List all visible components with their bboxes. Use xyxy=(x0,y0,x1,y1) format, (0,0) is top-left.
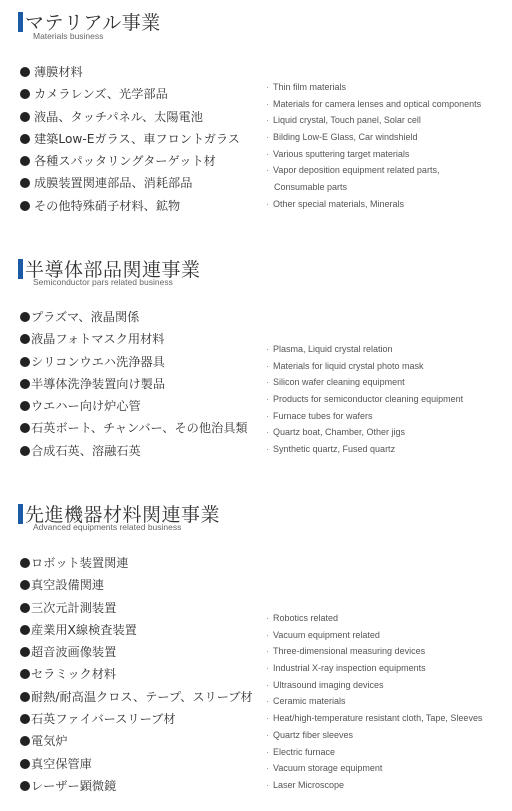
bullet-dot-icon xyxy=(20,401,30,411)
list-item: 建築Low-Eガラス、車フロントガラス xyxy=(20,128,240,150)
section-subtitle: Materials business xyxy=(33,31,103,41)
bullet-dot-icon xyxy=(20,156,30,166)
list-item: ·Heat/high-temperature resistant cloth, … xyxy=(266,710,482,727)
bullet-dot-icon xyxy=(20,89,30,99)
list-item-continuation: Consumable parts xyxy=(266,179,481,196)
list-item: ·Robotics related xyxy=(266,610,482,627)
list-item: 真空設備関連 xyxy=(20,574,253,596)
list-item: ·Plasma, Liquid crystal relation xyxy=(266,341,463,358)
bullet-dot-icon xyxy=(20,714,30,724)
bullet-dot-icon xyxy=(20,669,30,679)
list-item: ·Thin film materials xyxy=(266,79,481,96)
list-item: ·Liquid crystal, Touch panel, Solar cell xyxy=(266,112,481,129)
list-item: 半導体洗浄装置向け製品 xyxy=(20,373,248,395)
section-subtitle: Semiconductor pars related business xyxy=(33,277,173,287)
list-item: 液晶、タッチパネル、太陽電池 xyxy=(20,106,240,128)
list-item: ·Vacuum storage equipment xyxy=(266,760,482,777)
list-item: ·Bilding Low-E Glass, Car windshield xyxy=(266,129,481,146)
bullet-dot-icon xyxy=(20,446,30,456)
bullet-dot-icon xyxy=(20,558,30,568)
bullet-dot-icon xyxy=(20,736,30,746)
accent-bar xyxy=(18,504,23,524)
list-item: ·Furnace tubes for wafers xyxy=(266,408,463,425)
list-item: ウエハー向け炉心管 xyxy=(20,395,248,417)
list-item: ·Materials for camera lenses and optical… xyxy=(266,96,481,113)
list-item: ·Ceramic materials xyxy=(266,693,482,710)
list-item: シリコンウエハ洗浄器具 xyxy=(20,351,248,373)
list-item: ·Silicon wafer cleaning equipment xyxy=(266,374,463,391)
list-item: ·Electric furnace xyxy=(266,744,482,761)
list-item: ·Quartz boat, Chamber, Other jigs xyxy=(266,424,463,441)
list-item: ·Vapor deposition equipment related part… xyxy=(266,162,481,179)
bullet-dot-icon xyxy=(20,334,30,344)
list-item: 成膜装置関連部品、消耗部品 xyxy=(20,172,240,194)
bullet-dot-icon xyxy=(20,178,30,188)
list-item: 石英ボート、チャンバー、その他治具類 xyxy=(20,417,248,439)
list-item: 合成石英、溶融石英 xyxy=(20,440,248,462)
list-item: ·Other special materials, Minerals xyxy=(266,196,481,213)
list-item: 電気炉 xyxy=(20,730,253,752)
jp-item-list: ロボット装置関連 真空設備関連 三次元計測装置 産業用X線検査装置 超音波画像装… xyxy=(20,552,253,797)
bullet-dot-icon xyxy=(20,759,30,769)
bullet-dot-icon xyxy=(20,580,30,590)
bullet-dot-icon xyxy=(20,134,30,144)
list-item: 真空保管庫 xyxy=(20,753,253,775)
accent-bar xyxy=(18,259,23,279)
bullet-dot-icon xyxy=(20,423,30,433)
list-item: 薄膜材料 xyxy=(20,61,240,83)
en-item-list: ·Thin film materials ·Materials for came… xyxy=(266,79,481,213)
jp-item-list: 薄膜材料 カメラレンズ、光学部品 液晶、タッチパネル、太陽電池 建築Low-Eガ… xyxy=(20,61,240,217)
list-item: ·Industrial X-ray inspection equipments xyxy=(266,660,482,677)
list-item: ·Synthetic quartz, Fused quartz xyxy=(266,441,463,458)
list-item: 三次元計測装置 xyxy=(20,597,253,619)
bullet-dot-icon xyxy=(20,692,30,702)
list-item: ·Laser Microscope xyxy=(266,777,482,794)
bullet-dot-icon xyxy=(20,67,30,77)
bullet-dot-icon xyxy=(20,201,30,211)
bullet-dot-icon xyxy=(20,781,30,791)
list-item: セラミック材料 xyxy=(20,663,253,685)
list-item: カメラレンズ、光学部品 xyxy=(20,83,240,105)
list-item: 液晶フォトマスク用材料 xyxy=(20,328,248,350)
list-item: レーザー顕微鏡 xyxy=(20,775,253,797)
en-item-list: ·Plasma, Liquid crystal relation ·Materi… xyxy=(266,341,463,458)
en-item-list: ·Robotics related ·Vacuum equipment rela… xyxy=(266,610,482,794)
list-item: ·Three-dimensional measuring devices xyxy=(266,643,482,660)
list-item: ·Ultrasound imaging devices xyxy=(266,677,482,694)
bullet-dot-icon xyxy=(20,625,30,635)
list-item: 各種スパッタリングターゲット材 xyxy=(20,150,240,172)
bullet-dot-icon xyxy=(20,357,30,367)
bullet-dot-icon xyxy=(20,603,30,613)
list-item: その他特殊硝子材料、鉱物 xyxy=(20,195,240,217)
section-subtitle: Advanced equipments related business xyxy=(33,522,181,532)
list-item: ·Various sputtering target materials xyxy=(266,146,481,163)
list-item: ·Products for semiconductor cleaning equ… xyxy=(266,391,463,408)
list-item: 耐熱/耐高温クロス、テープ、スリーブ材 xyxy=(20,686,253,708)
bullet-dot-icon xyxy=(20,312,30,322)
list-item: 産業用X線検査装置 xyxy=(20,619,253,641)
jp-item-list: プラズマ、液晶関係 液晶フォトマスク用材料 シリコンウエハ洗浄器具 半導体洗浄装… xyxy=(20,306,248,462)
list-item: ·Materials for liquid crystal photo mask xyxy=(266,358,463,375)
bullet-dot-icon xyxy=(20,647,30,657)
accent-bar xyxy=(18,12,23,32)
list-item: 石英ファイバースリーブ材 xyxy=(20,708,253,730)
list-item: プラズマ、液晶関係 xyxy=(20,306,248,328)
list-item: ·Quartz fiber sleeves xyxy=(266,727,482,744)
bullet-dot-icon xyxy=(20,112,30,122)
list-item: ロボット装置関連 xyxy=(20,552,253,574)
list-item: 超音波画像装置 xyxy=(20,641,253,663)
list-item: ·Vacuum equipment related xyxy=(266,627,482,644)
bullet-dot-icon xyxy=(20,379,30,389)
